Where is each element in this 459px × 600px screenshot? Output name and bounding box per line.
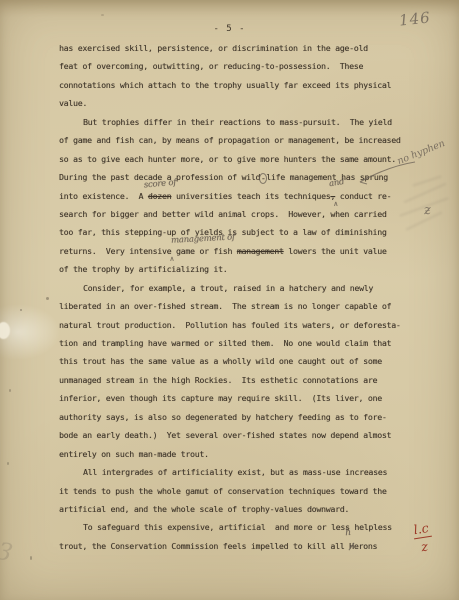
paper-speck	[46, 297, 49, 300]
caret-mark: ∧	[169, 250, 174, 268]
typed-line: connotations which attach to the trophy …	[59, 76, 415, 94]
paper-speck	[7, 462, 9, 465]
caret-mark: ∧	[333, 195, 338, 213]
annotation-arrow-icon	[352, 158, 418, 188]
margin-mark: ƶ	[423, 203, 431, 218]
edited-word-wrap: Hh	[349, 541, 354, 551]
typed-segment: conduct re-	[335, 191, 391, 201]
typed-line: unmanaged stream in the high Rockies. It…	[59, 371, 415, 389]
edited-word-wrap: dozenscore of	[148, 191, 171, 201]
typed-segment: returns. Very intensive	[59, 246, 171, 256]
typed-line: To safeguard this expensive, artificial …	[59, 518, 415, 536]
typed-line: bode an early death.) Yet several over-f…	[59, 426, 415, 444]
typed-line: too far, this stepping-up of yields is s…	[59, 223, 415, 241]
paper-speck	[101, 14, 104, 16]
typed-line-management-edit: returns. Very intensivemanagement of∧ ga…	[59, 242, 415, 260]
typed-line: natural trout production. Pollution has …	[59, 316, 415, 334]
typed-line: feat of overcoming, outwitting, or reduc…	[59, 57, 415, 75]
typed-segment: into existence. A	[59, 191, 148, 201]
page-number: - 5 -	[0, 24, 459, 34]
typed-segment: erons	[354, 541, 377, 551]
circled-hyphen-annotation: -	[259, 173, 267, 184]
typed-line: All intergrades of artificiality exist, …	[59, 463, 415, 481]
struck-word-management: management	[237, 246, 284, 256]
editor-initial: z	[414, 536, 434, 555]
typed-line: search for bigger and better wild animal…	[59, 205, 415, 223]
typed-line-herons-edit: trout, the Conservation Commission feels…	[59, 537, 415, 555]
document-page: 146 - 5 - has exercised skill, persisten…	[0, 0, 459, 600]
paper-speck	[9, 389, 11, 392]
typed-line: entirely on such man-made trout.	[59, 445, 415, 463]
handwritten-insert-score-of: score of	[143, 174, 177, 195]
typed-text-block: has exercised skill, persistence, or dis…	[59, 39, 415, 555]
pencil-scribble: 3	[0, 537, 15, 568]
typed-line-dozen-edit: into existence. A dozenscore of universi…	[59, 187, 415, 205]
typed-line: inferior, even though its capture may re…	[59, 389, 415, 407]
typed-line: of the trophy by artificializing it.	[59, 260, 415, 278]
typed-segment: universities teach its techniques	[171, 191, 330, 201]
typed-line: this trout has the same value as a wholl…	[59, 352, 415, 370]
typed-line: tion and trampling have warmed or silted…	[59, 334, 415, 352]
typed-line: But trophies differ in their reactions t…	[59, 113, 415, 131]
typed-line: it tends to push the whole gamut of cons…	[59, 482, 415, 500]
handwritten-lowercase-h: h	[345, 524, 352, 543]
editor-mark-lowercase: l.c z	[412, 520, 435, 556]
handwritten-insert-management-of: management of	[171, 229, 236, 251]
typed-segment: trout, the Conservation Commission feels…	[59, 541, 349, 551]
paper-speck	[30, 556, 32, 560]
paper-speck	[20, 309, 22, 311]
paper-flaw	[0, 322, 10, 339]
handwritten-insert-and: and	[328, 173, 346, 194]
typed-line: of game and fish can, by means of propag…	[59, 131, 415, 149]
typed-line: Consider, for example, a trout, raised i…	[59, 279, 415, 297]
typed-line: authority says, is also so degenerated b…	[59, 408, 415, 426]
typed-line: artificial end, and the whole scale of t…	[59, 500, 415, 518]
typed-line: has exercised skill, persistence, or dis…	[59, 39, 415, 57]
typed-line: value.	[59, 94, 415, 112]
typed-segment: lowers the unit value	[284, 246, 387, 256]
typed-line: liberated in an over-fished stream. The …	[59, 297, 415, 315]
